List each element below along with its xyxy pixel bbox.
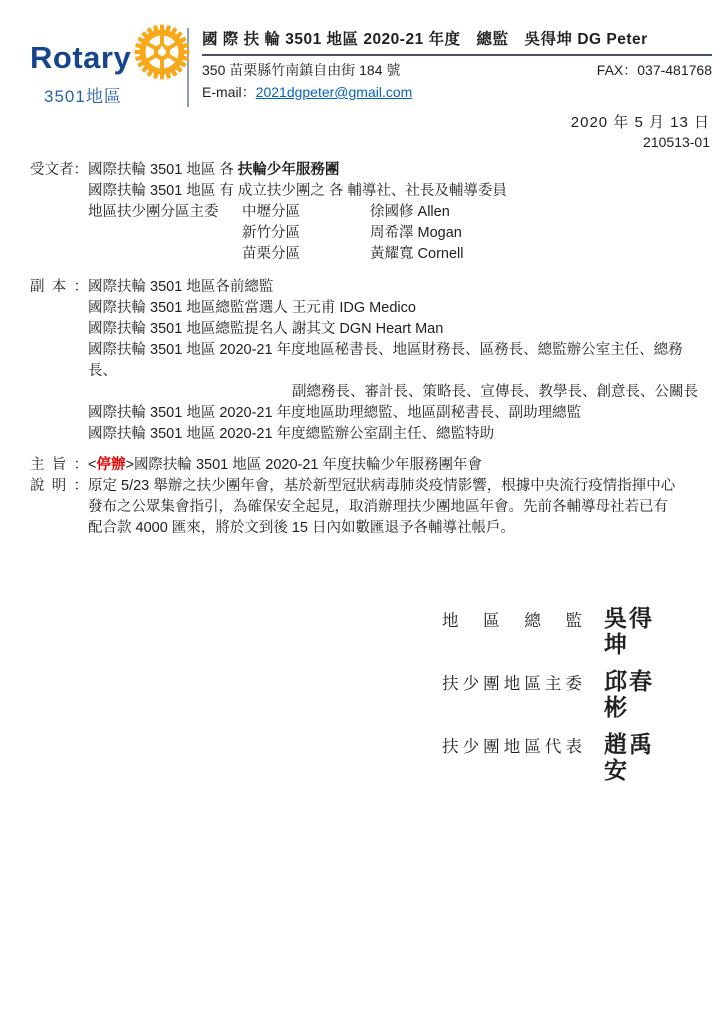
signature-row: 扶少團地區代表 趙禹安	[442, 731, 678, 783]
cc-text: 國際扶輪 3501 地區 2020-21 年度總監辦公室副主任、總監特助	[88, 424, 710, 445]
recipient-text: 國際扶輪 3501 地區 有 成立扶少團之 各 輔導社、社長及輔導委員	[88, 181, 710, 202]
cc-line: 國際扶輪 3501 地區總監當選人 王元甫 IDG Medico	[30, 298, 710, 319]
cc-text: 國際扶輪 3501 地區總監提名人 謝其文 DGN Heart Man	[88, 319, 710, 340]
cc-text: 國際扶輪 3501 地區 2020-21 年度地區助理總監、地區副秘書長、副助理…	[88, 403, 710, 424]
signature-title: 地區總監	[442, 611, 582, 632]
rotary-wheel-icon	[134, 24, 190, 87]
description-text: 配合款 4000 匯來，將於文到後 15 日內如數匯退予各輔導社帳戶。	[88, 518, 710, 539]
recipient-line: 受文者： 國際扶輪 3501 地區 各 扶輪少年服務團	[30, 160, 710, 181]
cc-line: 副本： 國際扶輪 3501 地區各前總監	[30, 277, 710, 298]
recipient-label: 受文者：	[30, 160, 88, 181]
area-name: 苗栗分區	[242, 244, 370, 265]
doc-number: 210513-01	[0, 133, 710, 151]
description-line: 說明： 原定 5/23 舉辦之扶少團年會，基於新型冠狀病毒肺炎疫情影響，根據中央…	[30, 476, 710, 497]
signature-title: 扶少團地區主委	[442, 674, 582, 695]
cc-text: 國際扶輪 3501 地區各前總監	[88, 277, 710, 298]
subject-text: 國際扶輪 3501 地區 2020-21 年度扶輪少年服務團年會	[134, 457, 482, 473]
chair-name: 徐國修 Allen	[370, 204, 450, 220]
chair-name: 周希澤 Mogan	[370, 225, 462, 241]
bracket-close: >	[125, 457, 133, 473]
signature-name: 邱春彬	[604, 668, 678, 720]
signature-row: 扶少團地區主委 邱春彬	[442, 668, 678, 720]
committee-label: 地區扶少團分區主委	[88, 202, 242, 223]
committee-row: 地區扶少團分區主委中壢分區徐國修 Allen	[30, 202, 710, 223]
letterhead-fax: FAX：037-481768	[597, 60, 712, 80]
letter-page: Rotary	[0, 0, 724, 1024]
cc-text: 國際扶輪 3501 地區 2020-21 年度地區秘書長、地區財務長、區務長、總…	[88, 340, 710, 382]
cc-line: 國際扶輪 3501 地區 2020-21 年度總監辦公室副主任、總監特助	[30, 424, 710, 445]
committee-row: 新竹分區周希澤 Mogan	[30, 223, 710, 244]
recipient-text: 國際扶輪 3501 地區 各	[88, 162, 238, 178]
recipient-line: 國際扶輪 3501 地區 有 成立扶少團之 各 輔導社、社長及輔導委員	[30, 181, 710, 202]
cc-line: 國際扶輪 3501 地區 2020-21 年度地區秘書長、地區財務長、區務長、總…	[30, 340, 710, 382]
rotary-wordmark: Rotary	[30, 43, 131, 73]
email-label: E-mail：	[202, 84, 256, 100]
subject-section: 主旨： <停辦>國際扶輪 3501 地區 2020-21 年度扶輪少年服務團年會	[30, 455, 710, 476]
email-link[interactable]: 2021dgpeter@gmail.com	[256, 84, 413, 100]
letterhead-text: 國 際 扶 輪 3501 地區 2020-21 年度 總監 吳得坤 DG Pet…	[187, 28, 712, 107]
description-section: 說明： 原定 5/23 舉辦之扶少團年會，基於新型冠狀病毒肺炎疫情影響，根據中央…	[30, 476, 710, 539]
description-text: 發布之公眾集會指引，為確保安全起見，取消辦理扶少團地區年會。先前各輔導母社若已有	[88, 497, 710, 518]
district-number: 3501地區	[44, 86, 187, 107]
signature-title: 扶少團地區代表	[442, 737, 582, 758]
cc-text: 副總務長、審計長、策略長、宣傳長、教學長、創意長、公關長	[292, 382, 710, 403]
rotary-logo: Rotary	[30, 28, 187, 107]
committee-row: 苗栗分區黃耀寬 Cornell	[30, 244, 710, 265]
signature-name: 吳得坤	[604, 605, 678, 657]
cc-section: 副本： 國際扶輪 3501 地區各前總監 國際扶輪 3501 地區總監當選人 王…	[30, 277, 710, 445]
date-block: 2020 年 5 月 13 日 210513-01	[0, 113, 710, 151]
letterhead-title: 國 際 扶 輪 3501 地區 2020-21 年度 總監 吳得坤 DG Pet…	[202, 30, 712, 56]
cc-line: 國際扶輪 3501 地區總監提名人 謝其文 DGN Heart Man	[30, 319, 710, 340]
recipient-section: 受文者： 國際扶輪 3501 地區 各 扶輪少年服務團 國際扶輪 3501 地區…	[30, 160, 710, 265]
letterhead: Rotary	[30, 28, 712, 107]
cc-text: 國際扶輪 3501 地區總監當選人 王元甫 IDG Medico	[88, 298, 710, 319]
area-name: 新竹分區	[242, 223, 370, 244]
signature-name: 趙禹安	[604, 731, 678, 783]
signature-row: 地區總監 吳得坤	[442, 605, 678, 657]
cc-label: 副本：	[30, 277, 88, 298]
letter-date: 2020 年 5 月 13 日	[0, 113, 710, 133]
chair-name: 黃耀寬 Cornell	[370, 246, 463, 262]
signature-block: 地區總監 吳得坤 扶少團地區主委 邱春彬 扶少團地區代表 趙禹安	[442, 605, 678, 783]
recipient-group-name: 扶輪少年服務團	[238, 162, 340, 178]
description-label: 說明：	[30, 476, 88, 497]
letterhead-address: 350 苗栗縣竹南鎮自由街 184 號	[202, 60, 400, 80]
subject-label: 主旨：	[30, 455, 88, 476]
description-text: 原定 5/23 舉辦之扶少團年會，基於新型冠狀病毒肺炎疫情影響，根據中央流行疫情…	[88, 476, 710, 497]
cc-line: 國際扶輪 3501 地區 2020-21 年度地區助理總監、地區副秘書長、副助理…	[30, 403, 710, 424]
area-name: 中壢分區	[242, 202, 370, 223]
cancelled-status: 停辦	[96, 457, 125, 473]
cc-line: 副總務長、審計長、策略長、宣傳長、教學長、創意長、公關長	[30, 382, 710, 403]
